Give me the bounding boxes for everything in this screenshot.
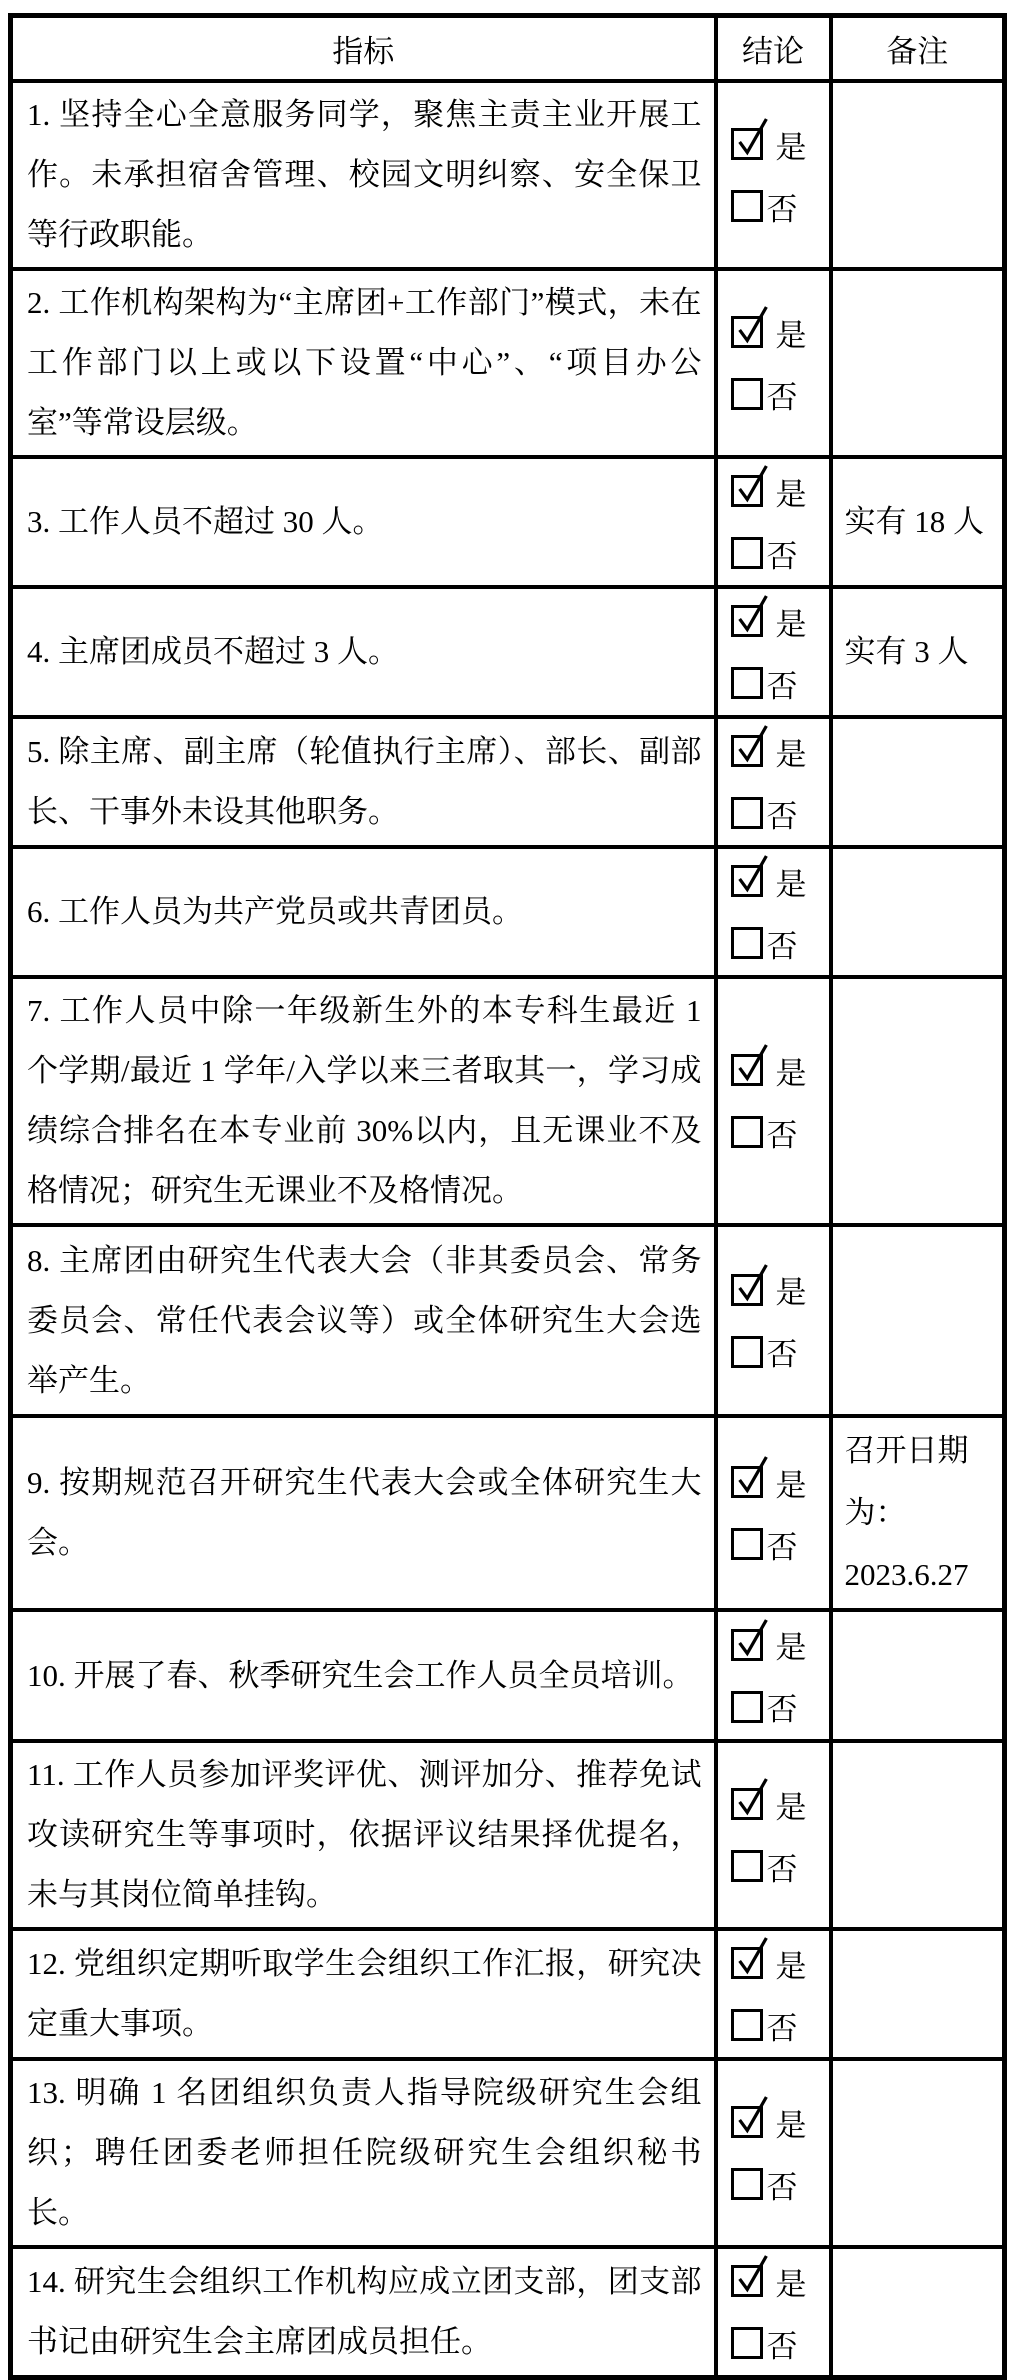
yes-label: 是 (776, 859, 807, 904)
conclusion-cell: 是 否 (716, 2247, 831, 2378)
indicator-cell: 1. 坚持全心全意服务同学，聚焦主责主业开展工作。未承担宿舍管理、校园文明纠察、… (11, 81, 716, 269)
table-row: 7. 工作人员中除一年级新生外的本专科生最近 1 个学期/最近 1 学年/入学以… (11, 977, 1005, 1225)
no-option: 否 (731, 1994, 828, 2056)
no-label: 否 (767, 661, 798, 706)
no-option: 否 (731, 652, 828, 714)
indicator-cell: 10. 开展了春、秋季研究生会工作人员全员培训。 (11, 1610, 716, 1741)
yes-option: 是 (731, 1614, 828, 1676)
yes-checkbox-icon[interactable] (731, 475, 763, 507)
no-label: 否 (767, 1329, 798, 1374)
yes-label: 是 (776, 1782, 807, 1827)
yes-label: 是 (776, 469, 807, 514)
no-label: 否 (767, 1844, 798, 1889)
yes-checkbox-icon[interactable] (731, 2265, 763, 2297)
table-row: 11. 工作人员参加评奖评优、测评加分、推荐免试攻读研究生等事项时，依据评议结果… (11, 1741, 1005, 1929)
yes-label: 是 (776, 2259, 807, 2304)
indicator-cell: 6. 工作人员为共产党员或共青团员。 (11, 847, 716, 977)
remark-cell (831, 2059, 1005, 2247)
yes-option: 是 (731, 1932, 828, 1994)
no-option: 否 (731, 912, 828, 974)
yes-checkbox-icon[interactable] (731, 1466, 763, 1498)
no-checkbox-icon[interactable] (731, 1850, 763, 1882)
indicator-cell: 9. 按期规范召开研究生代表大会或全体研究生大会。 (11, 1416, 716, 1610)
table-row: 10. 开展了春、秋季研究生会工作人员全员培训。 是 否 (11, 1610, 1005, 1741)
table-header-row: 指标 结论 备注 (11, 16, 1005, 82)
conclusion-cell: 是 否 (716, 1610, 831, 1741)
no-label: 否 (767, 184, 798, 229)
no-label: 否 (767, 1522, 798, 1567)
yes-option: 是 (731, 1039, 828, 1101)
no-label: 否 (767, 2321, 798, 2366)
conclusion-cell: 是 否 (716, 1416, 831, 1610)
remark-cell (831, 1741, 1005, 1929)
no-checkbox-icon[interactable] (731, 378, 763, 410)
yes-option: 是 (731, 720, 828, 782)
indicator-column-header: 指标 (11, 16, 716, 82)
table-row: 5. 除主席、副主席（轮值执行主席）、部长、副部长、干事外未设其他职务。 是 否 (11, 717, 1005, 847)
no-checkbox-icon[interactable] (731, 2009, 763, 2041)
no-option: 否 (731, 2312, 828, 2374)
remark-cell (831, 1225, 1005, 1416)
indicator-cell: 3. 工作人员不超过 30 人。 (11, 457, 716, 587)
remark-cell (831, 269, 1005, 457)
indicator-cell: 13. 明确 1 名团组织负责人指导院级研究生会组织；聘任团委老师担任院级研究生… (11, 2059, 716, 2247)
yes-checkbox-icon[interactable] (731, 1629, 763, 1661)
indicator-cell: 7. 工作人员中除一年级新生外的本专科生最近 1 个学期/最近 1 学年/入学以… (11, 977, 716, 1225)
remark-column-header: 备注 (831, 16, 1005, 82)
no-label: 否 (767, 1684, 798, 1729)
yes-option: 是 (731, 1451, 828, 1513)
conclusion-cell: 是 否 (716, 977, 831, 1225)
no-option: 否 (731, 1101, 828, 1163)
conclusion-cell: 是 否 (716, 1929, 831, 2059)
indicator-cell: 5. 除主席、副主席（轮值执行主席）、部长、副部长、干事外未设其他职务。 (11, 717, 716, 847)
yes-label: 是 (776, 1941, 807, 1986)
conclusion-cell: 是 否 (716, 1741, 831, 1929)
no-checkbox-icon[interactable] (731, 1336, 763, 1368)
yes-option: 是 (731, 850, 828, 912)
no-option: 否 (731, 782, 828, 844)
yes-checkbox-icon[interactable] (731, 1274, 763, 1306)
indicator-cell: 11. 工作人员参加评奖评优、测评加分、推荐免试攻读研究生等事项时，依据评议结果… (11, 1741, 716, 1929)
no-checkbox-icon[interactable] (731, 1691, 763, 1723)
yes-option: 是 (731, 590, 828, 652)
conclusion-cell: 是 否 (716, 2059, 831, 2247)
conclusion-cell: 是 否 (716, 717, 831, 847)
yes-option: 是 (731, 2250, 828, 2312)
conclusion-cell: 是 否 (716, 587, 831, 717)
yes-checkbox-icon[interactable] (731, 128, 763, 160)
conclusion-cell: 是 否 (716, 81, 831, 269)
conclusion-cell: 是 否 (716, 1225, 831, 1416)
table-row: 8. 主席团由研究生代表大会（非其委员会、常务委员会、常任代表会议等）或全体研究… (11, 1225, 1005, 1416)
yes-checkbox-icon[interactable] (731, 2106, 763, 2138)
remark-cell: 实有 3 人 (831, 587, 1005, 717)
table-row: 2. 工作机构架构为“主席团+工作部门”模式，未在工作部门以上或以下设置“中心”… (11, 269, 1005, 457)
remark-cell (831, 81, 1005, 269)
remark-cell (831, 847, 1005, 977)
yes-label: 是 (776, 122, 807, 167)
indicator-cell: 8. 主席团由研究生代表大会（非其委员会、常务委员会、常任代表会议等）或全体研究… (11, 1225, 716, 1416)
remark-cell (831, 1610, 1005, 1741)
yes-checkbox-icon[interactable] (731, 1054, 763, 1086)
no-checkbox-icon[interactable] (731, 927, 763, 959)
indicator-cell: 4. 主席团成员不超过 3 人。 (11, 587, 716, 717)
yes-option: 是 (731, 1773, 828, 1835)
yes-option: 是 (731, 301, 828, 363)
no-option: 否 (731, 2153, 828, 2215)
yes-label: 是 (776, 1460, 807, 1505)
indicator-cell: 14. 研究生会组织工作机构应成立团支部，团支部书记由研究生会主席团成员担任。 (11, 2247, 716, 2378)
table-row: 14. 研究生会组织工作机构应成立团支部，团支部书记由研究生会主席团成员担任。 … (11, 2247, 1005, 2378)
yes-option: 是 (731, 1259, 828, 1321)
no-checkbox-icon[interactable] (731, 537, 763, 569)
yes-label: 是 (776, 2100, 807, 2145)
yes-checkbox-icon[interactable] (731, 865, 763, 897)
yes-checkbox-icon[interactable] (731, 1947, 763, 1979)
no-checkbox-icon[interactable] (731, 667, 763, 699)
no-option: 否 (731, 1676, 828, 1738)
remark-cell (831, 717, 1005, 847)
no-label: 否 (767, 2003, 798, 2048)
table-row: 3. 工作人员不超过 30 人。 是 否 实有 18 人 (11, 457, 1005, 587)
yes-checkbox-icon[interactable] (731, 605, 763, 637)
no-label: 否 (767, 2162, 798, 2207)
conclusion-cell: 是 否 (716, 269, 831, 457)
no-checkbox-icon[interactable] (731, 1116, 763, 1148)
yes-label: 是 (776, 729, 807, 774)
no-checkbox-icon[interactable] (731, 190, 763, 222)
no-checkbox-icon[interactable] (731, 1528, 763, 1560)
table-row: 13. 明确 1 名团组织负责人指导院级研究生会组织；聘任团委老师担任院级研究生… (11, 2059, 1005, 2247)
no-label: 否 (767, 791, 798, 836)
yes-label: 是 (776, 310, 807, 355)
indicator-cell: 12. 党组织定期听取学生会组织工作汇报，研究决定重大事项。 (11, 1929, 716, 2059)
conclusion-cell: 是 否 (716, 457, 831, 587)
no-option: 否 (731, 1835, 828, 1897)
table-row: 1. 坚持全心全意服务同学，聚焦主责主业开展工作。未承担宿舍管理、校园文明纠察、… (11, 81, 1005, 269)
remark-cell (831, 977, 1005, 1225)
yes-checkbox-icon[interactable] (731, 1788, 763, 1820)
yes-option: 是 (731, 2091, 828, 2153)
no-option: 否 (731, 522, 828, 584)
no-option: 否 (731, 1321, 828, 1383)
no-option: 否 (731, 363, 828, 425)
no-label: 否 (767, 1110, 798, 1155)
table-row: 4. 主席团成员不超过 3 人。 是 否 实有 3 人 (11, 587, 1005, 717)
no-label: 否 (767, 921, 798, 966)
table-row: 12. 党组织定期听取学生会组织工作汇报，研究决定重大事项。 是 否 (11, 1929, 1005, 2059)
indicator-cell: 2. 工作机构架构为“主席团+工作部门”模式，未在工作部门以上或以下设置“中心”… (11, 269, 716, 457)
yes-option: 是 (731, 113, 828, 175)
yes-label: 是 (776, 1267, 807, 1312)
remark-cell: 召开日期为：2023.6.27 (831, 1416, 1005, 1610)
no-checkbox-icon[interactable] (731, 2168, 763, 2200)
compliance-checklist-table: 指标 结论 备注 1. 坚持全心全意服务同学，聚焦主责主业开展工作。未承担宿舍管… (8, 13, 1007, 2380)
table-row: 6. 工作人员为共产党员或共青团员。 是 否 (11, 847, 1005, 977)
yes-label: 是 (776, 599, 807, 644)
yes-option: 是 (731, 460, 828, 522)
no-option: 否 (731, 1513, 828, 1575)
no-label: 否 (767, 531, 798, 576)
no-option: 否 (731, 175, 828, 237)
remark-cell: 实有 18 人 (831, 457, 1005, 587)
table-row: 9. 按期规范召开研究生代表大会或全体研究生大会。 是 否 召开日期为：2023… (11, 1416, 1005, 1610)
yes-checkbox-icon[interactable] (731, 735, 763, 767)
no-label: 否 (767, 372, 798, 417)
conclusion-column-header: 结论 (716, 16, 831, 82)
yes-label: 是 (776, 1622, 807, 1667)
no-checkbox-icon[interactable] (731, 797, 763, 829)
yes-checkbox-icon[interactable] (731, 316, 763, 348)
yes-label: 是 (776, 1048, 807, 1093)
remark-cell (831, 1929, 1005, 2059)
conclusion-cell: 是 否 (716, 847, 831, 977)
remark-cell (831, 2247, 1005, 2378)
no-checkbox-icon[interactable] (731, 2327, 763, 2359)
